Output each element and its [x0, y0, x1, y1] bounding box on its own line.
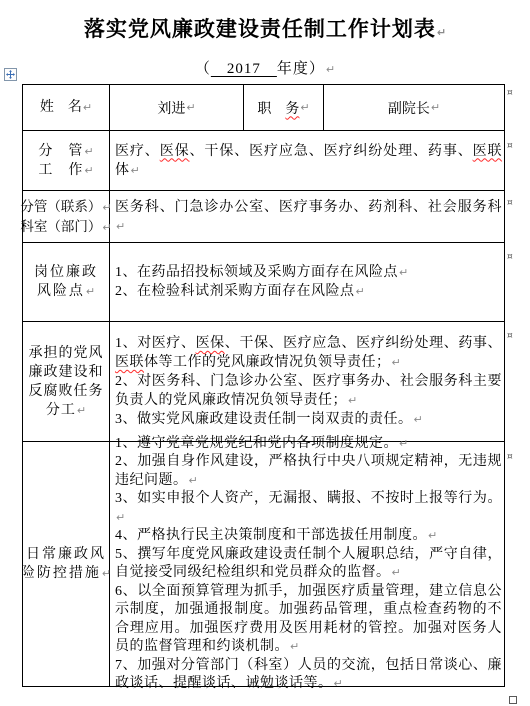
label-line: 工 作 [38, 163, 83, 178]
move-arrows-icon [6, 70, 15, 79]
paragraph-mark-icon: ↵ [83, 164, 93, 177]
label-line: 风险点 [37, 284, 85, 299]
content-text: 3、做实党风廉政建设责任制一岗双责的责任。 [115, 412, 413, 427]
paragraph-mark-icon: ↵ [436, 26, 446, 39]
cell-cuoshi-label[interactable]: 日常廉政风 险防控措施↵ [23, 442, 110, 686]
table-row: 岗位廉政 风险点↵ 1、在药品招投标领域及采购方面存在风险点↵ 2、在检验科试剂… [23, 243, 504, 322]
spellcheck-text: 医联 [115, 355, 144, 370]
label-line: 分 管 [38, 144, 83, 159]
content-text: 医疗、 [115, 144, 160, 159]
content-text: 1、在药品招投标领域及采购方面存在风险点 [115, 265, 398, 280]
table-row: 日常廉政风 险防控措施↵ 1、遵守党章党规党纪和党内各项制度规定。↵ 2、加强自… [23, 442, 504, 686]
cell-renwu-label[interactable]: 承担的党风 廉政建设和 反腐败任务 分工↵ [23, 322, 110, 441]
paragraph-mark-icon: ↵ [130, 164, 140, 177]
label-line: 险防控措施 [21, 566, 101, 581]
document-title[interactable]: 落实党风廉政建设责任制工作计划表↵ [0, 13, 530, 43]
content-text: 3、如实申报个人资产，无漏报、瞒报、不按时上报等行为。 [115, 491, 502, 506]
content-text: 1、对医疗、 [115, 336, 196, 351]
paragraph-mark-icon: ↵ [115, 220, 125, 233]
spellcheck-text: 医保 [196, 336, 225, 351]
paragraph-mark-icon: ↵ [83, 145, 93, 158]
cell-keshi-content[interactable]: 医务科、门急诊办公室、医疗事务办、药剂科、社会服务科↵ [110, 191, 504, 242]
end-of-row-mark-icon: ¤ [507, 198, 513, 208]
paragraph-mark-icon: ↵ [355, 285, 365, 298]
document-subtitle[interactable]: （ 2017 年度）↵ [0, 57, 530, 78]
paragraph-mark-icon: ↵ [299, 101, 309, 114]
content-text: 体 [115, 163, 130, 178]
cell-cuoshi-content[interactable]: 1、遵守党章党规党纪和党内各项制度规定。↵ 2、加强自身作风建设，严格执行中央八… [110, 442, 504, 686]
subtitle-year-underlined: 2017 [211, 61, 277, 77]
subtitle-close: 年度） [277, 61, 325, 77]
content-text: 1、遵守党章党规党纪和党内各项制度规定。 [115, 436, 398, 451]
content-text: 7、加强对分管部门（科室）人员的交流，包括日常谈心、廉政谈话、提醒谈话、诫勉谈话… [115, 658, 502, 692]
end-of-row-mark-icon: ¤ [507, 252, 513, 262]
paragraph-mark-icon: ↵ [413, 413, 423, 426]
content-text: 6、以全面预算管理为抓手，加强医疗质量管理，建立信息公示制度，加强通报制度。加强… [115, 584, 502, 655]
plan-table: 姓 名↵ 刘进↵ 职 务↵ 副院长↵ 分 管↵ 工 作↵ 医疗、医保、干保、医疗… [22, 84, 505, 687]
word-document-page: 落实党风廉政建设责任制工作计划表↵ （ 2017 年度）↵ 姓 名↵ 刘进↵ [0, 0, 530, 706]
table-row: 分管（联系）↵ 科室（部门）↵ 医务科、门急诊办公室、医疗事务办、药剂科、社会服… [23, 191, 504, 243]
content-text: 、干保、医疗应急、医疗纠纷处理、药事、 [190, 144, 473, 159]
paragraph-mark-icon: ↵ [188, 474, 198, 487]
subtitle-open-paren: （ [195, 61, 211, 77]
content-text: 2、在检验科试剂采购方面存在风险点 [115, 284, 355, 299]
cell-fenguan-content[interactable]: 医疗、医保、干保、医疗应急、医疗纠纷处理、药事、医联体↵ [110, 131, 504, 190]
cell-renwu-content[interactable]: 1、对医疗、医保、干保、医疗应急、医疗纠纷处理、药事、医联体等工作的党风廉政情况… [110, 322, 504, 441]
duty-label-spellcheck: 务 [285, 98, 299, 118]
spellcheck-text: 医联 [473, 144, 502, 159]
cell-duty-value[interactable]: 副院长↵ [324, 85, 504, 130]
label-line: 岗位廉政 [34, 265, 98, 280]
content-text: 5、撰写年度党风廉政建设责任制个人履职总结，严守自律，自觉接受同级纪检组织和党员… [115, 547, 502, 581]
content-text: 4、严格执行民主决策制度和干部选拔任用制度。 [115, 528, 427, 543]
paragraph-mark-icon: ↵ [430, 101, 440, 114]
label-line: 分工 [46, 403, 76, 418]
name-value: 刘进 [157, 98, 185, 118]
content-text: 、干保、医疗应急、医疗纠纷处理、药事、 [225, 336, 502, 351]
cell-fengxian-content[interactable]: 1、在药品招投标领域及采购方面存在风险点↵ 2、在检验科试剂采购方面存在风险点↵ [110, 243, 504, 321]
name-label: 姓 名 [40, 100, 82, 115]
cell-duty-label[interactable]: 职 务↵ [244, 85, 324, 130]
spellcheck-text: 医保 [160, 144, 190, 159]
end-of-row-mark-icon: ¤ [507, 452, 513, 462]
document-title-text: 落实党风廉政建设责任制工作计划表 [84, 18, 436, 41]
end-of-row-mark-icon: ¤ [507, 331, 513, 341]
paragraph-mark-icon: ↵ [76, 404, 86, 417]
end-of-row-mark-icon: ¤ [507, 88, 513, 98]
cell-name-label[interactable]: 姓 名↵ [23, 85, 110, 130]
paragraph-mark-icon: ↵ [82, 101, 92, 114]
table-row: 姓 名↵ 刘进↵ 职 务↵ 副院长↵ [23, 85, 504, 131]
paragraph-mark-icon: ↵ [333, 677, 343, 690]
paragraph-mark-icon: ↵ [391, 356, 401, 369]
content-text: 2、加强自身作风建设，严格执行中央八项规定精神，无违规违纪问题。 [115, 454, 502, 488]
paragraph-mark-icon: ↵ [185, 101, 195, 114]
label-line: 科室（部门） [20, 219, 101, 234]
label-line: 反腐败任务 [29, 384, 104, 399]
table-row: 承担的党风 廉政建设和 反腐败任务 分工↵ 1、对医疗、医保、干保、医疗应急、医… [23, 322, 504, 442]
label-line: 分管（联系） [20, 199, 101, 214]
cell-fenguan-label[interactable]: 分 管↵ 工 作↵ [23, 131, 110, 190]
paragraph-mark-icon: ↵ [115, 511, 125, 524]
paragraph-mark-icon: ↵ [347, 394, 357, 407]
duty-value: 副院长 [388, 98, 430, 118]
table-resize-handle[interactable] [509, 696, 517, 704]
paragraph-mark-icon: ↵ [391, 566, 401, 579]
cell-keshi-label[interactable]: 分管（联系）↵ 科室（部门）↵ [23, 191, 110, 242]
label-line: 承担的党风 [29, 346, 104, 361]
duty-label: 职 [257, 98, 285, 118]
paragraph-mark-icon: ↵ [289, 640, 299, 653]
cell-fengxian-label[interactable]: 岗位廉政 风险点↵ [23, 243, 110, 321]
label-line: 廉政建设和 [29, 365, 104, 380]
end-of-row-mark-icon: ¤ [507, 141, 513, 151]
paragraph-mark-icon: ↵ [398, 266, 408, 279]
content-text: 2、对医务科、门急诊办公室、医疗事务办、社会服务科主要负责人的党风廉政情况负领导… [115, 374, 502, 408]
content-text: 医务科、门急诊办公室、医疗事务办、药剂科、社会服务科 [115, 200, 502, 215]
table-row: 分 管↵ 工 作↵ 医疗、医保、干保、医疗应急、医疗纠纷处理、药事、医联体↵ [23, 131, 504, 191]
paragraph-mark-icon: ↵ [85, 285, 95, 298]
cell-name-value[interactable]: 刘进↵ [110, 85, 244, 130]
paragraph-mark-icon: ↵ [427, 529, 437, 542]
table-move-handle[interactable] [4, 68, 17, 81]
paragraph-mark-icon: ↵ [325, 63, 335, 76]
paragraph-mark-icon: ↵ [398, 437, 408, 450]
content-text: 体等工作的党风廉政情况负领导责任； [144, 355, 391, 370]
label-line: 日常廉政风 [26, 547, 106, 562]
